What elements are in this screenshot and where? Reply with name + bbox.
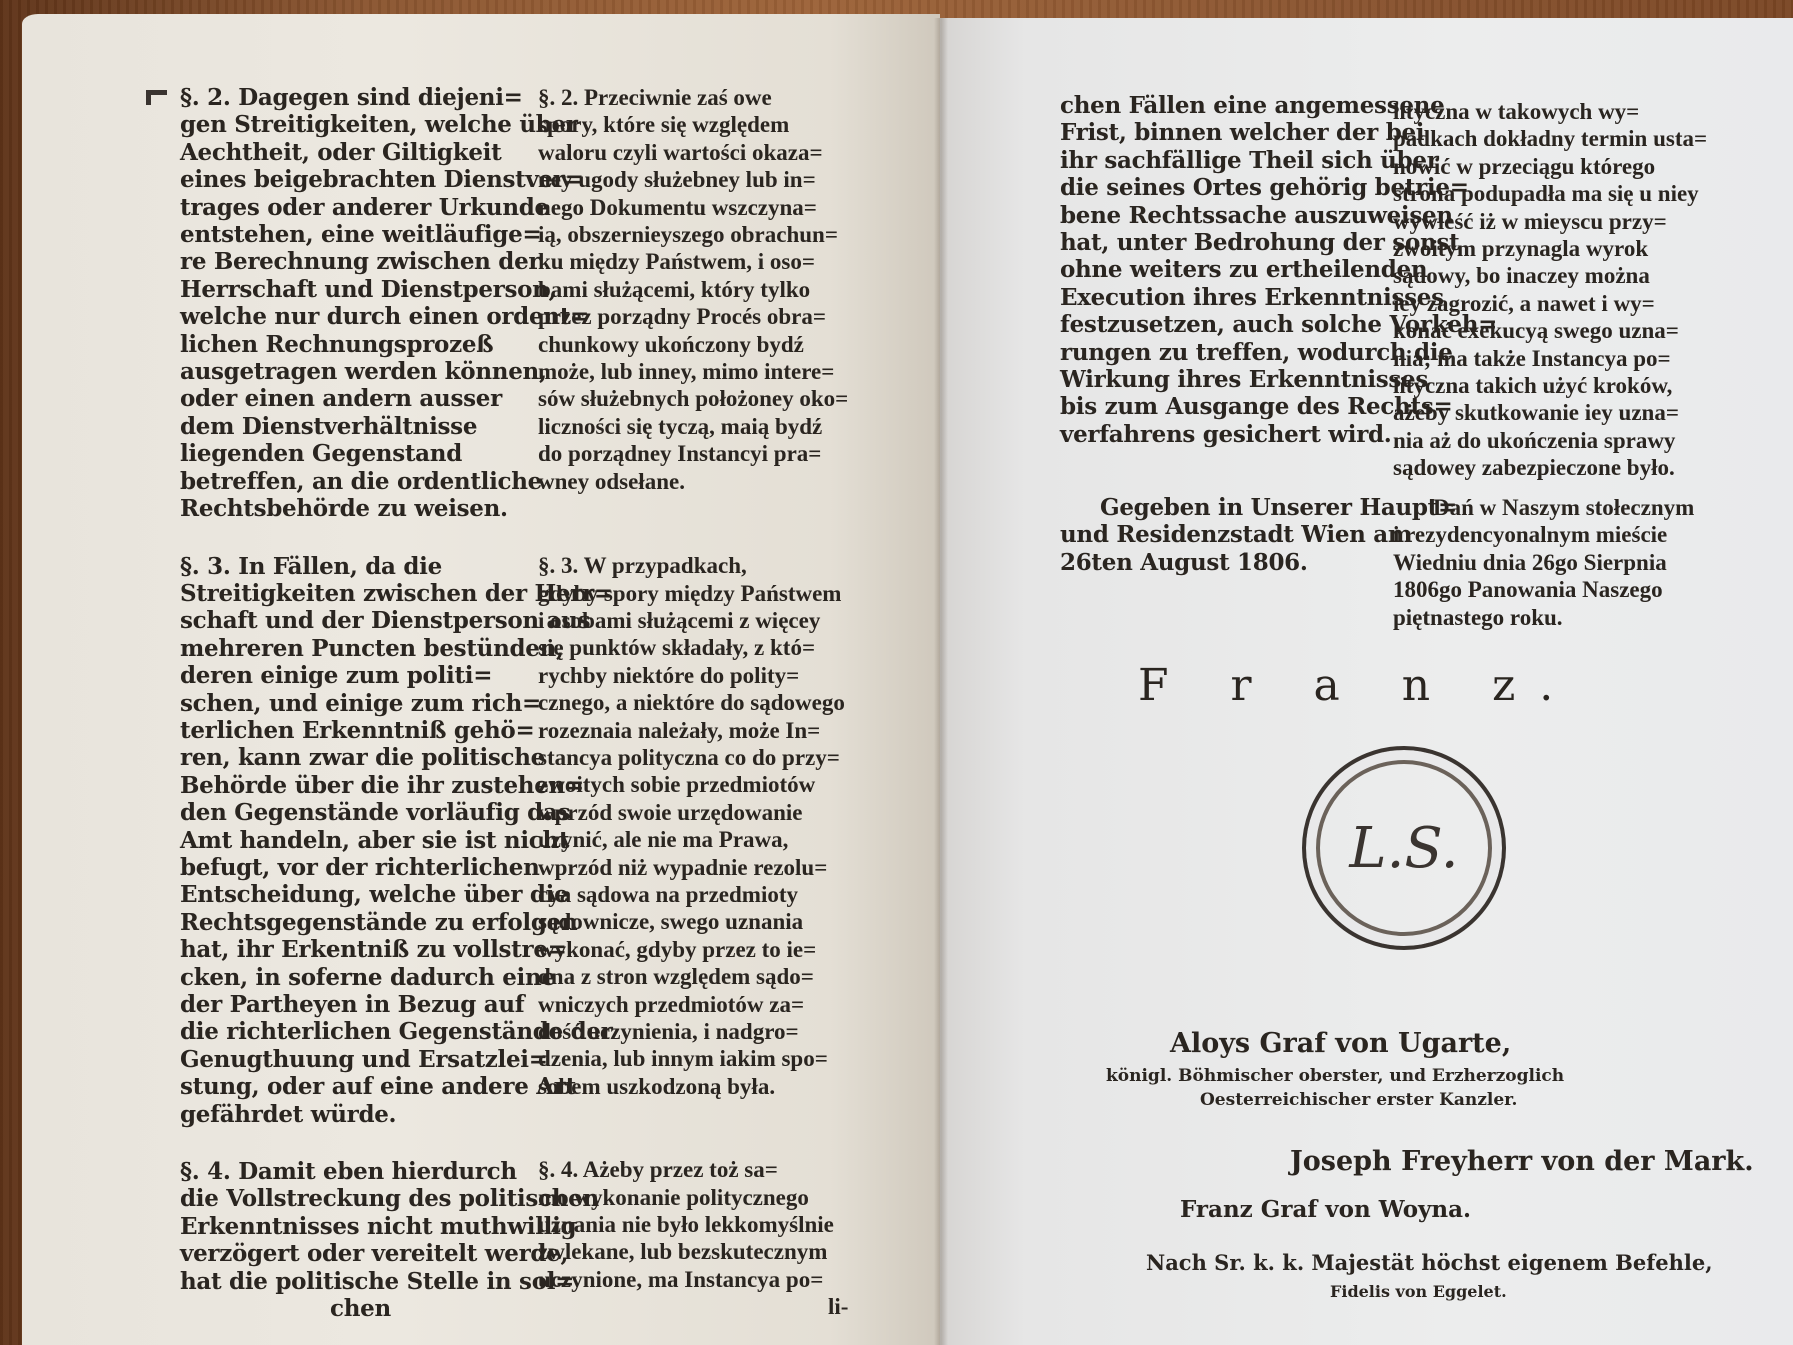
text-line: bis zum Ausgange des Rechts=	[1060, 393, 1380, 420]
text-line: konać exekucyą swego uzna=	[1393, 317, 1711, 344]
text-line: ney ugody służebney lub in=	[500, 166, 835, 193]
date-german: Gegeben in Unserer Haupt= und Residenzst…	[1060, 494, 1380, 576]
section-3-polish: §. 3. W przypadkach, gdyby spory między …	[500, 552, 835, 1100]
text-line: §. 2. Dagegen sind diejeni=	[142, 84, 482, 111]
text-line: rychby niektóre do polity=	[500, 662, 835, 689]
text-line: die Vollstreckung des politischen	[142, 1185, 482, 1212]
text-line: nowić w przeciągu którego	[1393, 153, 1711, 180]
text-line: strona podupadła ma się u niey	[1393, 180, 1711, 207]
text-line: cya sądowa na przedmioty	[500, 881, 835, 908]
left-german-column: §. 2. Dagegen sind diejeni= gen Streitig…	[142, 84, 482, 1345]
text-line: padkach dokładny termin usta=	[1393, 125, 1711, 152]
text-line: sądowey zabezpieczone było.	[1393, 454, 1711, 481]
text-line: Streitigkeiten zwischen der Herr=	[142, 580, 482, 607]
text-line: wywieść iż w mieyscu przy=	[1393, 208, 1711, 235]
text-line: ausgetragen werden können,	[142, 358, 482, 385]
signatory-woyna: Franz Graf von Woyna.	[1180, 1196, 1471, 1223]
text-line: się punktów składały, z któ=	[500, 634, 835, 661]
text-line: §. 4. Ażeby przez toż sa=	[500, 1156, 835, 1183]
text-line: ihr sachfällige Theil sich über	[1060, 147, 1380, 174]
text-line: hat, ihr Erkentniß zu vollstre=	[142, 936, 482, 963]
text-line: Genugthuung und Ersatzlei=	[142, 1046, 482, 1073]
text-line: verzögert oder vereitelt werde,	[142, 1240, 482, 1267]
text-line: przez porządny Procés obra=	[500, 303, 835, 330]
text-line: der Partheyen in Bezug auf	[142, 991, 482, 1018]
text-line: nego Dokumentu wszczyna=	[500, 194, 835, 221]
text-line: do porządney Instancyi pra=	[500, 440, 835, 467]
section-4-german: §. 4. Damit eben hierdurch die Vollstrec…	[142, 1158, 482, 1322]
text-line: ku między Państwem, i oso=	[500, 248, 835, 275]
text-line: Wiedniu dnia 26go Sierpnia	[1393, 549, 1711, 576]
text-line: lityczna w takowych wy=	[1393, 98, 1711, 125]
emperor-signature: F r a n z.	[1138, 660, 1577, 711]
text-line: wniczych przedmiotów za=	[500, 991, 835, 1018]
text-line: uczynione, ma Instancya po=	[500, 1266, 835, 1293]
text-line: ażeby skutkowanie iey uzna=	[1393, 399, 1711, 426]
command-line: Nach Sr. k. k. Majestät höchst eigenem B…	[1146, 1250, 1713, 1275]
text-line: gefährdet würde.	[142, 1101, 482, 1128]
text-line: dem Dienstverhältnisse	[142, 413, 482, 440]
text-line: §. 3. W przypadkach,	[500, 552, 835, 579]
text-line: może, lub inney, mimo intere=	[500, 358, 835, 385]
text-line: betreffen, an die ordentliche	[142, 468, 482, 495]
text-line: rungen zu treffen, wodurch die	[1060, 339, 1380, 366]
section-4-polish: §. 4. Ażeby przez toż sa= mo wykonanie p…	[500, 1156, 835, 1320]
text-line: schen, und einige zum rich=	[142, 690, 482, 717]
text-line: ią, obszernieyszego obrachun=	[500, 221, 835, 248]
text-line: trages oder anderer Urkunde	[142, 194, 482, 221]
text-line: Behörde über die ihr zustehen=	[142, 772, 482, 799]
text-line: Execution ihres Erkenntnisses	[1060, 284, 1380, 311]
catchword: li-	[500, 1293, 835, 1320]
section-2-polish: §. 2. Przeciwnie zaś owe spory, które si…	[500, 84, 835, 495]
signatory-ugarte-title-2: Oesterreichischer erster Kanzler.	[1200, 1090, 1517, 1110]
section-3-german: §. 3. In Fällen, da die Streitigkeiten z…	[142, 553, 482, 1129]
text-line: Rechtsgegenstände zu erfolgen	[142, 909, 482, 936]
text-line: bene Rechtssache auszuweisen	[1060, 202, 1380, 229]
text-line: zwoitych sobie przedmiotów	[500, 771, 835, 798]
text-line: festzusetzen, auch solche Vorkeh=	[1060, 311, 1380, 338]
text-line: zwoitym przynagla wyrok	[1393, 235, 1711, 262]
text-line: chen Fällen eine angemessene	[1060, 92, 1380, 119]
text-line: uzynić, ale nie ma Prawa,	[500, 826, 835, 853]
text-line: wney odsełane.	[500, 468, 835, 495]
text-line: sów służebnych położoney oko=	[500, 385, 835, 412]
text-line: verfahrens gesichert wird.	[1060, 421, 1380, 448]
right-polish-column: lityczna w takowych wy= padkach dokładny…	[1393, 98, 1711, 482]
text-line: cznego, a niektóre do sądowego	[500, 689, 835, 716]
text-line: die richterlichen Gegenstände der	[142, 1018, 482, 1045]
text-line: mehreren Puncten bestünden,	[142, 635, 482, 662]
text-line: lichen Rechnungsprozeß	[142, 331, 482, 358]
text-line: Frist, binnen welcher der bei	[1060, 119, 1380, 146]
text-line: dzenia, lub innym iakim spo=	[500, 1045, 835, 1072]
text-line: §. 2. Przeciwnie zaś owe	[500, 84, 835, 111]
text-line: nia aż do ukończenia sprawy	[1393, 427, 1711, 454]
text-line: bami służącemi, który tylko	[500, 276, 835, 303]
text-line: nia; ma także Instancya po=	[1393, 345, 1711, 372]
text-line: gen Streitigkeiten, welche über	[142, 111, 482, 138]
seal-monogram: L.S.	[1349, 816, 1458, 881]
text-line: stancya polityczna co do przy=	[500, 744, 835, 771]
text-line: Herrschaft und Dienstperson,	[142, 276, 482, 303]
text-line: 26ten August 1806.	[1060, 549, 1380, 576]
text-line: re Berechnung zwischen der	[142, 248, 482, 275]
text-line: Gegeben in Unserer Haupt=	[1060, 494, 1380, 521]
text-line: liczności się tyczą, maią bydź	[500, 413, 835, 440]
text-line: deren einige zum politi=	[142, 662, 482, 689]
text-line: §. 4. Damit eben hierdurch	[142, 1158, 482, 1185]
text-line: Rechtsbehörde zu weisen.	[142, 495, 482, 522]
text-line: dna z stron względem sądo=	[500, 963, 835, 990]
text-line: schaft und der Dienstperson aus	[142, 607, 482, 634]
text-line: eines beigebrachten Dienstver=	[142, 166, 482, 193]
text-line: dość uczynienia, i nadgro=	[500, 1018, 835, 1045]
text-line: wykonać, gdyby przez to ie=	[500, 936, 835, 963]
text-line: sądownicze, swego uznania	[500, 908, 835, 935]
text-line: i osobami służącemi z więcey	[500, 607, 835, 634]
text-line: hat, unter Bedrohung der sonst	[1060, 229, 1380, 256]
text-line: chunkowy ukończony bydź	[500, 331, 835, 358]
text-line: i rezydencyonalnym mieście	[1393, 521, 1711, 548]
text-line: wprzód niż wypadnie rezolu=	[500, 854, 835, 881]
text-line: befugt, vor der richterlichen	[142, 854, 482, 881]
text-line: iey zagrozić, a nawet i wy=	[1393, 290, 1711, 317]
text-line: lityczna takich użyć kroków,	[1393, 372, 1711, 399]
text-line: Dań w Naszym stołecznym	[1393, 494, 1711, 521]
text-line: und Residenzstadt Wien am	[1060, 521, 1380, 548]
text-line: Wirkung ihres Erkenntnisses	[1060, 366, 1380, 393]
text-line: stung, oder auf eine andere Art	[142, 1073, 482, 1100]
signatory-mark: Joseph Freyherr von der Mark.	[1290, 1146, 1754, 1177]
text-line: uznania nie było lekkomyślnie	[500, 1211, 835, 1238]
text-line: rozeznaia należały, może In=	[500, 717, 835, 744]
section-2-german: §. 2. Dagegen sind diejeni= gen Streitig…	[142, 84, 482, 523]
text-line: ren, kann zwar die politische	[142, 744, 482, 771]
signatory-ugarte: Aloys Graf von Ugarte,	[1170, 1028, 1511, 1059]
text-line: ohne weiters zu ertheilenden	[1060, 256, 1380, 283]
text-line: entstehen, eine weitläufige=	[142, 221, 482, 248]
catchword: chen	[142, 1295, 482, 1322]
text-line: mo wykonanie politycznego	[500, 1184, 835, 1211]
date-polish: Dań w Naszym stołecznym i rezydencyonaln…	[1393, 494, 1711, 631]
text-line: §. 3. In Fällen, da die	[142, 553, 482, 580]
text-line: oder einen andern ausser	[142, 385, 482, 412]
text-line: hat die politische Stelle in sol=	[142, 1268, 482, 1295]
locus-sigilli-seal-icon: L.S.	[1302, 746, 1506, 950]
text-line: Erkenntnisses nicht muthwillig	[142, 1213, 482, 1240]
signatory-ugarte-title-1: königl. Böhmischer oberster, und Erzherz…	[1106, 1066, 1564, 1086]
text-line: liegenden Gegenstand	[142, 440, 482, 467]
text-line: 1806go Panowania Naszego	[1393, 576, 1711, 603]
right-german-column: chen Fällen eine angemessene Frist, binn…	[1060, 92, 1380, 448]
text-line: wprzód swoie urzędowanie	[500, 799, 835, 826]
text-line: welche nur durch einen ordent=	[142, 303, 482, 330]
text-line: sobem uszkodzoną była.	[500, 1073, 835, 1100]
text-line: sądowy, bo inaczey można	[1393, 262, 1711, 289]
text-line: terlichen Erkenntniß gehö=	[142, 717, 482, 744]
text-line: zwlekane, lub bezskutecznym	[500, 1238, 835, 1265]
text-line: gdyby spory między Państwem	[500, 580, 835, 607]
text-line: Entscheidung, welche über die	[142, 881, 482, 908]
text-line: cken, in soferne dadurch eine	[142, 964, 482, 991]
text-line: den Gegenstände vorläufig das	[142, 799, 482, 826]
text-line: waloru czyli wartości okaza=	[500, 139, 835, 166]
signatory-eggelet: Fidelis von Eggelet.	[1330, 1282, 1507, 1301]
page-gutter-fold	[934, 18, 948, 1345]
left-polish-column: §. 2. Przeciwnie zaś owe spory, które si…	[500, 84, 835, 1345]
text-line: Amt handeln, aber sie ist nicht	[142, 827, 482, 854]
text-line: die seines Ortes gehörig betrie=	[1060, 174, 1380, 201]
text-line: piętnastego roku.	[1393, 604, 1711, 631]
text-line: Aechtheit, oder Giltigkeit	[142, 139, 482, 166]
text-line: spory, które się względem	[500, 111, 835, 138]
